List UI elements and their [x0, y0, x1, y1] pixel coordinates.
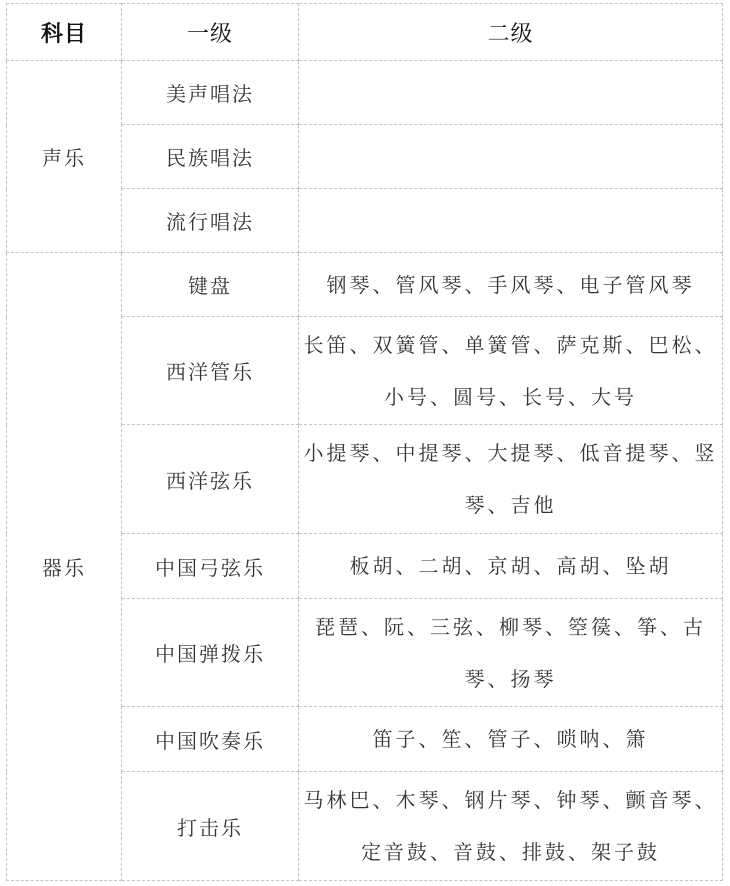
- level1-cell: 美声唱法: [122, 61, 299, 125]
- table-row: 器乐 键盘 钢琴、管风琴、手风琴、电子管风琴: [7, 253, 723, 317]
- level2-cell: 马林巴、木琴、钢片琴、钟琴、颤音琴、定音鼓、音鼓、排鼓、架子鼓: [299, 772, 723, 881]
- level2-cell: 小提琴、中提琴、大提琴、低音提琴、竖琴、吉他: [299, 425, 723, 534]
- level1-cell: 流行唱法: [122, 189, 299, 253]
- header-level2: 二级: [299, 4, 723, 61]
- level1-cell: 西洋弦乐: [122, 425, 299, 534]
- level1-cell: 中国弹拨乐: [122, 599, 299, 707]
- level1-cell: 西洋管乐: [122, 317, 299, 425]
- header-level1: 一级: [122, 4, 299, 61]
- level1-cell: 中国吹奏乐: [122, 707, 299, 772]
- subject-cell-instrumental: 器乐: [7, 253, 122, 881]
- level2-cell: 钢琴、管风琴、手风琴、电子管风琴: [299, 253, 723, 317]
- level2-cell: 笛子、笙、管子、唢呐、箫: [299, 707, 723, 772]
- table-row: 声乐 美声唱法: [7, 61, 723, 125]
- level2-cell: [299, 189, 723, 253]
- header-subject: 科目: [7, 4, 122, 61]
- level2-cell: [299, 61, 723, 125]
- level1-cell: 打击乐: [122, 772, 299, 881]
- level2-cell: 板胡、二胡、京胡、高胡、坠胡: [299, 534, 723, 599]
- music-subject-table: 科目 一级 二级 声乐 美声唱法 民族唱法 流行唱法 器乐 键盘 钢琴、管风琴、…: [6, 3, 723, 881]
- header-row: 科目 一级 二级: [7, 4, 723, 61]
- level2-cell: 长笛、双簧管、单簧管、萨克斯、巴松、小号、圆号、长号、大号: [299, 317, 723, 425]
- level1-cell: 键盘: [122, 253, 299, 317]
- level1-cell: 民族唱法: [122, 125, 299, 189]
- subject-cell-vocal: 声乐: [7, 61, 122, 253]
- level2-cell: [299, 125, 723, 189]
- level2-cell: 琵琶、阮、三弦、柳琴、箜篌、筝、古琴、扬琴: [299, 599, 723, 707]
- level1-cell: 中国弓弦乐: [122, 534, 299, 599]
